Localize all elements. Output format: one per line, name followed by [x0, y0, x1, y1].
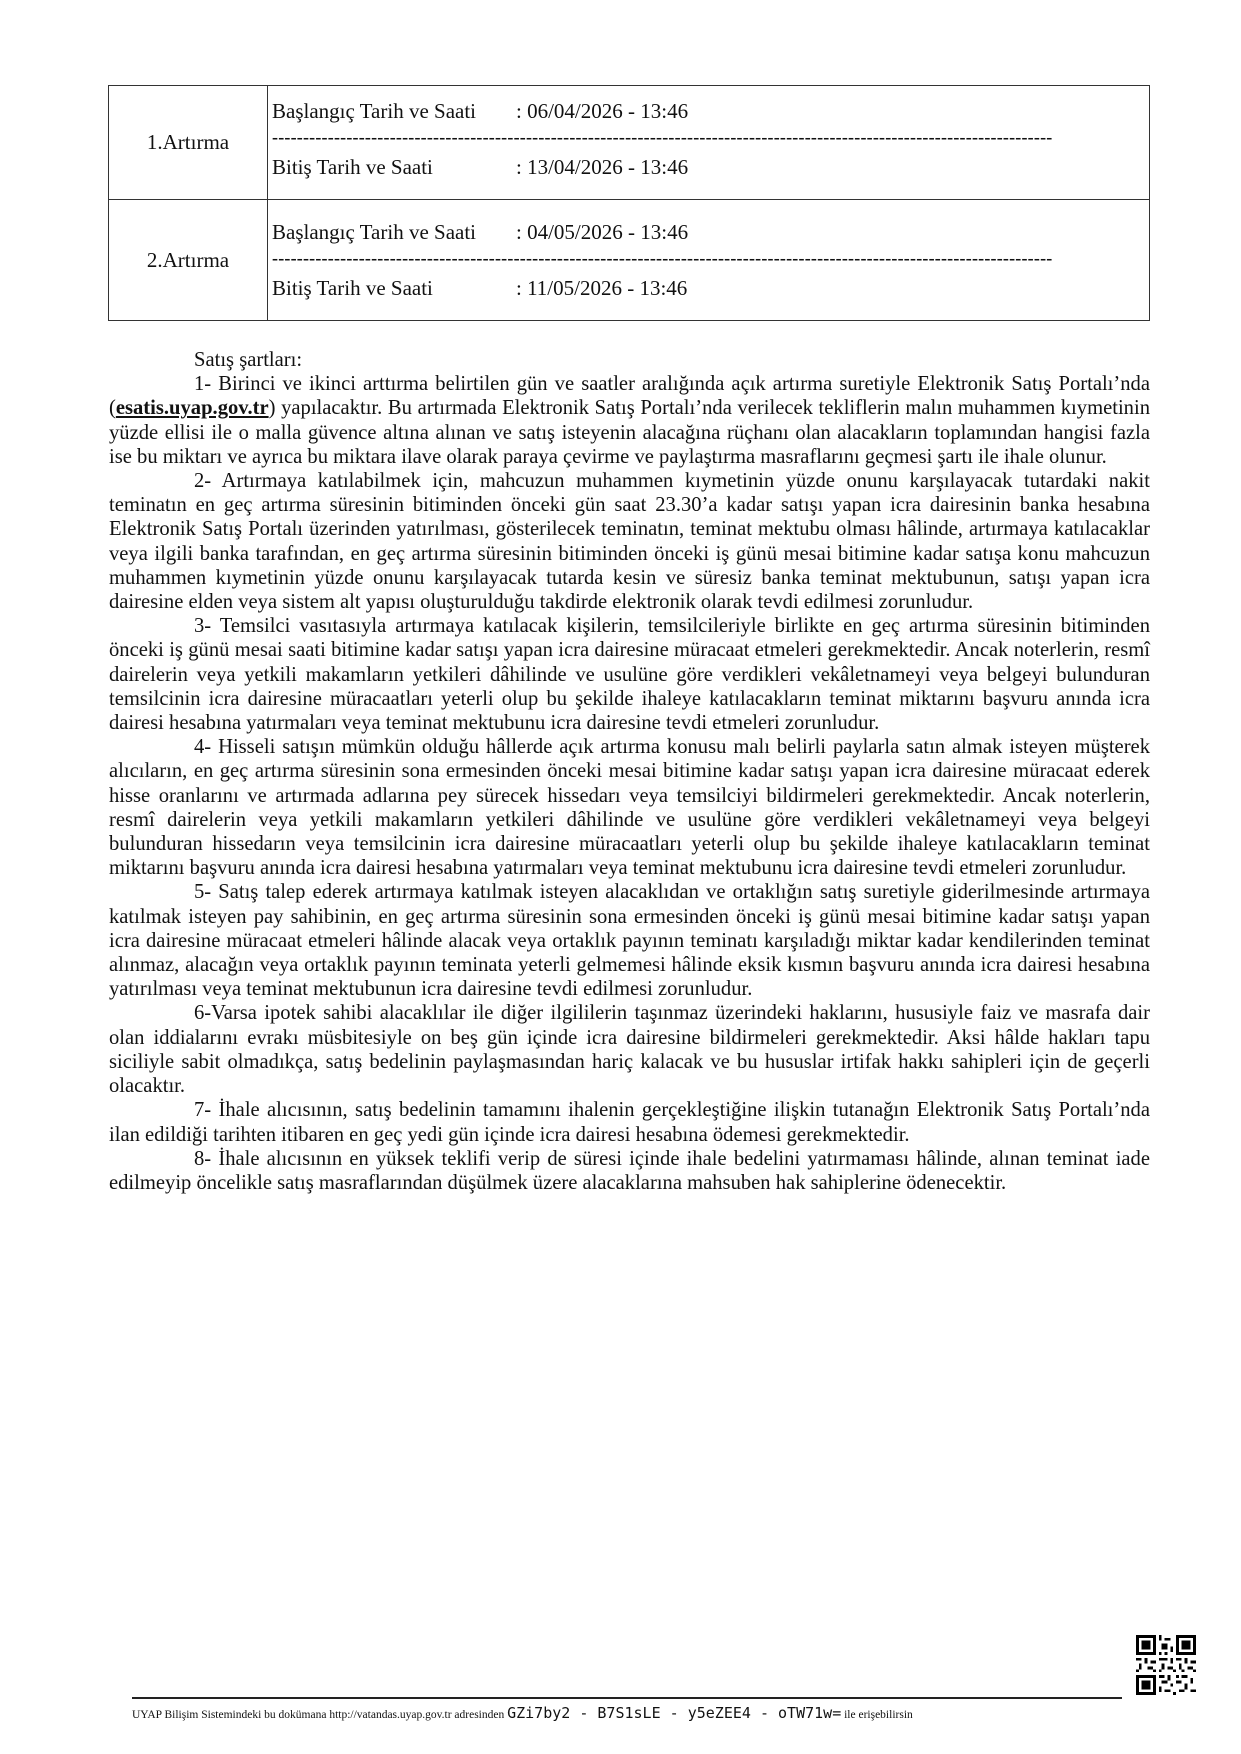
start-value: : 06/04/2026 - 13:46 [516, 99, 688, 123]
conditions-heading: Satış şartları: [109, 348, 1150, 372]
condition-3: 3- Temsilci vasıtasıyla artırmaya katıla… [109, 614, 1150, 735]
document-page: 1.Artırma Başlangıç Tarih ve Saati: 06/0… [0, 0, 1241, 1754]
verification-code: GZi7by2 - B7S1sLE - y5eZEE4 - oTW71w= [507, 1704, 841, 1722]
auction-label: 2.Artırma [109, 200, 268, 321]
auction-dates: Başlangıç Tarih ve Saati: 04/05/2026 - 1… [268, 200, 1150, 321]
start-date-line: Başlangıç Tarih ve Saati: 04/05/2026 - 1… [272, 217, 1149, 247]
footer-text-suffix: ile erişebilirsin [841, 1709, 913, 1721]
auction-schedule-table: 1.Artırma Başlangıç Tarih ve Saati: 06/0… [108, 85, 1150, 321]
condition-7: 7- İhale alıcısının, satış bedelinin tam… [109, 1098, 1150, 1146]
condition-2: 2- Artırmaya katılabilmek için, mahcuzun… [109, 469, 1150, 614]
end-value: : 11/05/2026 - 13:46 [516, 276, 687, 300]
condition-6: 6-Varsa ipotek sahibi alacaklılar ile di… [109, 1001, 1150, 1098]
auction-dates: Başlangıç Tarih ve Saati: 06/04/2026 - 1… [268, 86, 1150, 200]
auction-row-2: 2.Artırma Başlangıç Tarih ve Saati: 04/0… [109, 200, 1150, 321]
qr-code-icon [1136, 1635, 1196, 1695]
start-value: : 04/05/2026 - 13:46 [516, 220, 688, 244]
sale-conditions: Satış şartları: 1- Birinci ve ikinci art… [109, 348, 1150, 1195]
end-label: Bitiş Tarih ve Saati [272, 152, 516, 182]
end-date-line: Bitiş Tarih ve Saati: 13/04/2026 - 13:46 [272, 152, 1149, 182]
end-value: : 13/04/2026 - 13:46 [516, 155, 688, 179]
dashed-separator: ----------------------------------------… [272, 130, 1149, 144]
esatis-link[interactable]: esatis.uyap.gov.tr [116, 397, 269, 419]
condition-8: 8- İhale alıcısının en yüksek teklifi ve… [109, 1147, 1150, 1195]
condition-5: 5- Satış talep ederek artırmaya katılmak… [109, 880, 1150, 1001]
footer-divider [132, 1697, 1122, 1699]
footer-verification: UYAP Bilişim Sistemindeki bu dokümana ht… [132, 1704, 1132, 1722]
auction-row-1: 1.Artırma Başlangıç Tarih ve Saati: 06/0… [109, 86, 1150, 200]
condition-4: 4- Hisseli satışın mümkün olduğu hâllerd… [109, 735, 1150, 880]
dashed-separator: ----------------------------------------… [272, 251, 1149, 265]
end-date-line: Bitiş Tarih ve Saati: 11/05/2026 - 13:46 [272, 273, 1149, 303]
condition-1: 1- Birinci ve ikinci arttırma belirtilen… [109, 372, 1150, 469]
auction-label: 1.Artırma [109, 86, 268, 200]
end-label: Bitiş Tarih ve Saati [272, 273, 516, 303]
footer-text-prefix: UYAP Bilişim Sistemindeki bu dokümana ht… [132, 1709, 507, 1721]
start-label: Başlangıç Tarih ve Saati [272, 217, 516, 247]
start-label: Başlangıç Tarih ve Saati [272, 96, 516, 126]
start-date-line: Başlangıç Tarih ve Saati: 06/04/2026 - 1… [272, 96, 1149, 126]
